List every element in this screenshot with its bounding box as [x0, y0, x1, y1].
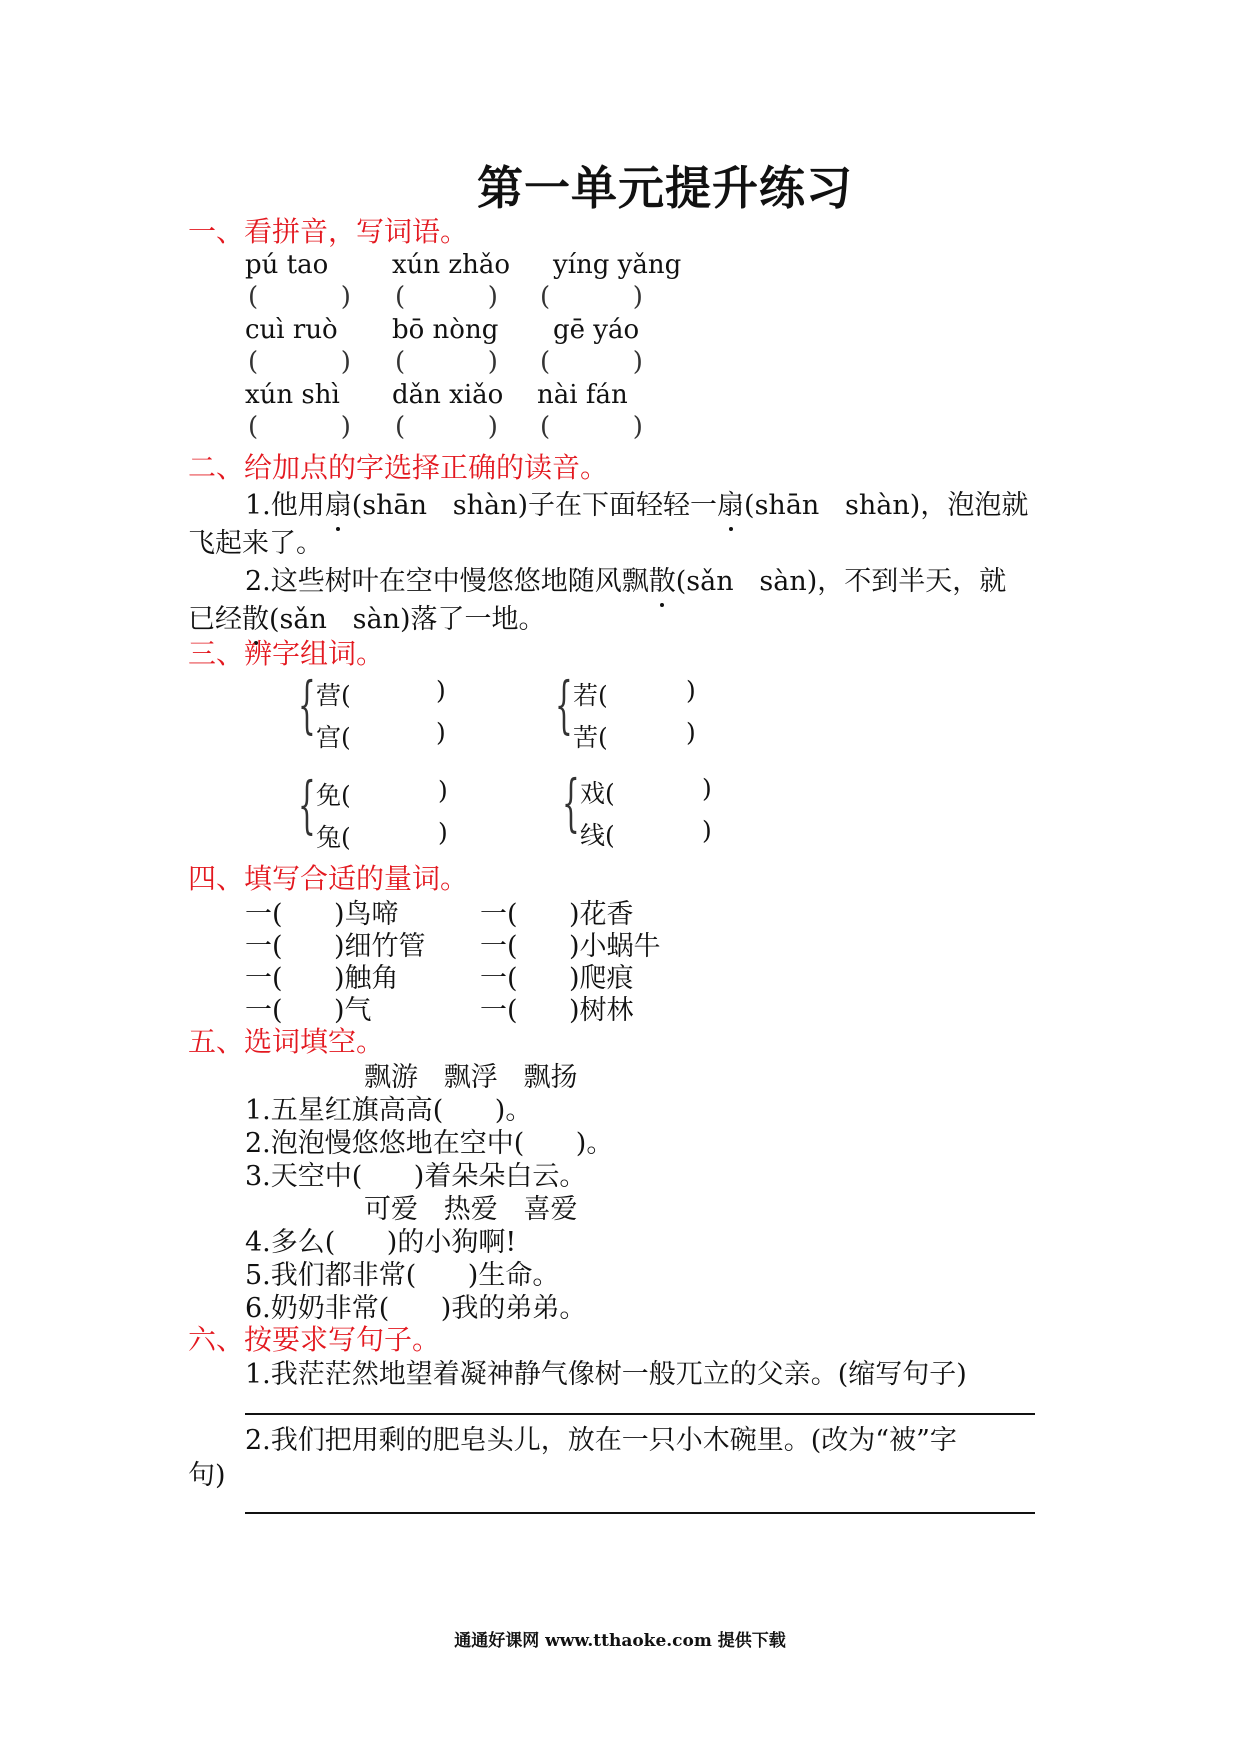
section-5-heading: 五、选词填空。: [188, 1020, 384, 1060]
answer-blank-9[interactable]: ( ): [540, 412, 643, 442]
section-2-heading: 二、给加点的字选择正确的读音。: [188, 446, 608, 486]
answer-blank[interactable]: ): [438, 818, 448, 847]
text: 1.他用: [245, 490, 325, 521]
char-group-4a: 戏(: [580, 774, 615, 810]
answer-blank[interactable]: ): [686, 718, 696, 747]
section-3-heading: 三、辨字组词。: [188, 632, 384, 672]
answer-blank-5[interactable]: ( ): [395, 347, 498, 377]
answer-blank-7[interactable]: ( ): [248, 412, 351, 442]
section-4-heading: 四、填写合适的量词。: [188, 857, 468, 897]
reading-options[interactable]: (shān shàn): [352, 490, 528, 521]
measure-word-row-right[interactable]: 一( )树林: [480, 988, 634, 1027]
answer-blank-8[interactable]: ( ): [395, 412, 498, 442]
rewrite-question-2-line2: 句): [188, 1453, 226, 1492]
reading-options[interactable]: (shān shàn): [744, 490, 920, 521]
answer-blank[interactable]: ): [702, 816, 712, 845]
answer-blank-6[interactable]: ( ): [540, 347, 643, 377]
answer-blank-1[interactable]: ( ): [248, 282, 351, 312]
answer-line-1[interactable]: [245, 1413, 1035, 1415]
reading-options[interactable]: (sǎn sàn): [269, 604, 411, 635]
brace-icon: {: [555, 668, 573, 741]
pinyin-3: yíng yǎng: [553, 250, 681, 280]
question-2-1-line2: 飞起来了。: [188, 521, 323, 560]
answer-blank[interactable]: ): [438, 776, 448, 805]
reading-options[interactable]: (sǎn sàn): [676, 566, 818, 597]
question-2-2-line2: 已经散(sǎn sàn)落了一地。: [188, 597, 546, 636]
question-2-2-line1: 2.这些树叶在空中慢悠悠地随风飘散(sǎn sàn)，不到半天，就: [245, 559, 1006, 598]
pinyin-1: pú tao: [245, 250, 328, 280]
text: 已经: [188, 604, 242, 635]
brace-icon: {: [562, 766, 580, 839]
pinyin-7: xún shì: [245, 380, 340, 410]
dotted-char: 散: [242, 604, 269, 635]
answer-blank-2[interactable]: ( ): [395, 282, 498, 312]
page-title: 第一单元提升练习: [0, 152, 1240, 218]
answer-blank[interactable]: ): [436, 718, 446, 747]
pinyin-8: dǎn xiǎo: [392, 380, 503, 410]
pinyin-2: xún zhǎo: [392, 250, 510, 280]
char-group-2a: 若(: [573, 676, 608, 712]
text: ，泡泡就: [920, 490, 1028, 521]
answer-blank-3[interactable]: ( ): [540, 282, 643, 312]
brace-icon: {: [298, 668, 316, 741]
rewrite-question-1: 1.我茫茫然地望着凝神静气像树一般兀立的父亲。(缩写句子): [245, 1352, 967, 1391]
text: ，不到半天，就: [817, 566, 1006, 597]
char-group-2b: 苦(: [573, 718, 608, 754]
char-group-3b: 兔(: [316, 818, 351, 854]
pinyin-6: gē yáo: [553, 315, 639, 345]
answer-blank[interactable]: ): [702, 774, 712, 803]
text: 子在下面轻轻一: [528, 490, 717, 521]
answer-blank[interactable]: ): [686, 676, 696, 705]
dotted-char: 扇: [325, 490, 352, 521]
text: 2.这些树叶在空中慢悠悠地随风飘: [245, 566, 649, 597]
char-group-1a: 营(: [316, 676, 351, 712]
question-2-1-line1: 1.他用扇(shān shàn)子在下面轻轻一扇(shān shàn)，泡泡就: [245, 483, 1028, 522]
answer-line-2[interactable]: [245, 1512, 1035, 1514]
pinyin-9: nài fán: [537, 380, 628, 410]
dotted-char: 散: [649, 566, 676, 597]
char-group-4b: 线(: [580, 816, 615, 852]
section-1-heading: 一、看拼音，写词语。: [188, 210, 468, 250]
dotted-char: 扇: [717, 490, 744, 521]
rewrite-question-2-line1: 2.我们把用剩的肥皂头儿，放在一只小木碗里。(改为“被”字: [245, 1418, 957, 1457]
pinyin-5: bō nòng: [392, 315, 498, 345]
pinyin-4: cuì ruò: [245, 315, 338, 345]
brace-icon: {: [298, 768, 316, 841]
answer-blank-4[interactable]: ( ): [248, 347, 351, 377]
char-group-1b: 宫(: [316, 718, 351, 754]
footer-credit: 通通好课网 www.tthaoke.com 提供下载: [0, 1626, 1240, 1651]
char-group-3a: 免(: [316, 776, 351, 812]
text: 落了一地。: [411, 604, 546, 635]
answer-blank[interactable]: ): [436, 676, 446, 705]
